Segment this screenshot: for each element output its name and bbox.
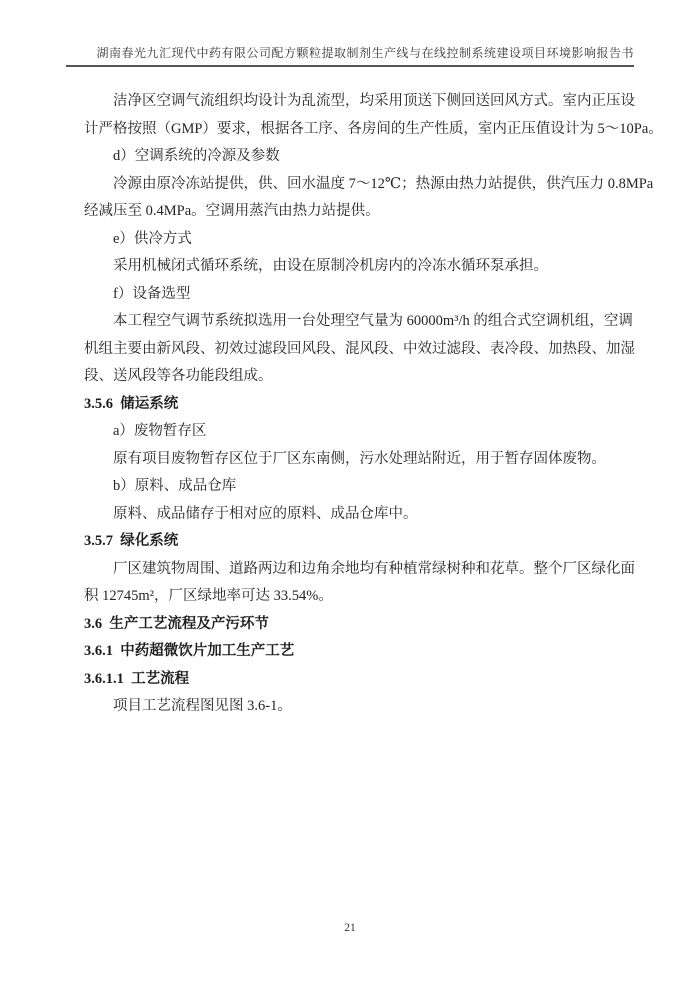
list-item-f-heading: f）设备选型: [84, 281, 632, 309]
text-line: 计严格按照（GMP）要求，根据各工序、各房间的生产性质，室内正压值设计为 5～1…: [84, 116, 632, 144]
text-line: 冷源由原冷冻站提供，供、回水温度 7～12℃；热源由热力站提供，供汽压力 0.8…: [84, 171, 632, 199]
text-line: 采用机械闭式循环系统，由设在原制冷机房内的冷冻水循环泵承担。: [84, 253, 632, 281]
list-item-e-heading: e）供冷方式: [84, 226, 632, 254]
text-line: 机组主要由新风段、初效过滤段回风段、混风段、中效过滤段、表冷段、加热段、加湿: [84, 336, 632, 364]
page-number: 21: [0, 921, 700, 936]
section-heading-3-6-1: 3.6.1 中药超微饮片加工生产工艺: [84, 638, 632, 666]
text-line: 厂区建筑物周围、道路两边和边角余地均有种植常绿树种和花草。整个厂区绿化面: [84, 556, 632, 584]
list-item-a-heading: a）废物暂存区: [84, 418, 632, 446]
list-item-d-heading: d）空调系统的冷源及参数: [84, 143, 632, 171]
text-line: 原料、成品储存于相对应的原料、成品仓库中。: [84, 501, 632, 529]
text-line: 积 12745m²，厂区绿地率可达 33.54%。: [84, 583, 632, 611]
section-heading-3-6-1-1: 3.6.1.1 工艺流程: [84, 666, 632, 694]
document-body: 洁净区空调气流组织均设计为乱流型，均采用顶送下侧回送回风方式。室内正压设 计严格…: [84, 88, 632, 721]
section-heading-3-5-6: 3.5.6 储运系统: [84, 391, 632, 419]
text-line: 经减压至 0.4MPa。空调用蒸汽由热力站提供。: [84, 198, 632, 226]
text-line: 洁净区空调气流组织均设计为乱流型，均采用顶送下侧回送回风方式。室内正压设: [84, 88, 632, 116]
page-header-title: 湖南春光九汇现代中药有限公司配方颗粒提取制剂生产线与在线控制系统建设项目环境影响…: [66, 46, 634, 61]
section-heading-3-6: 3.6 生产工艺流程及产污环节: [84, 611, 632, 639]
text-line: 项目工艺流程图见图 3.6-1。: [84, 693, 632, 721]
section-heading-3-5-7: 3.5.7 绿化系统: [84, 528, 632, 556]
text-line: 原有项目废物暂存区位于厂区东南侧，污水处理站附近，用于暂存固体废物。: [84, 446, 632, 474]
header-rule: [66, 65, 634, 67]
text-line: 本工程空气调节系统拟选用一台处理空气量为 60000m³/h 的组合式空调机组，…: [84, 308, 632, 336]
document-page: 湖南春光九汇现代中药有限公司配方颗粒提取制剂生产线与在线控制系统建设项目环境影响…: [0, 0, 700, 989]
list-item-b-heading: b）原料、成品仓库: [84, 473, 632, 501]
text-line: 段、送风段等各功能段组成。: [84, 363, 632, 391]
